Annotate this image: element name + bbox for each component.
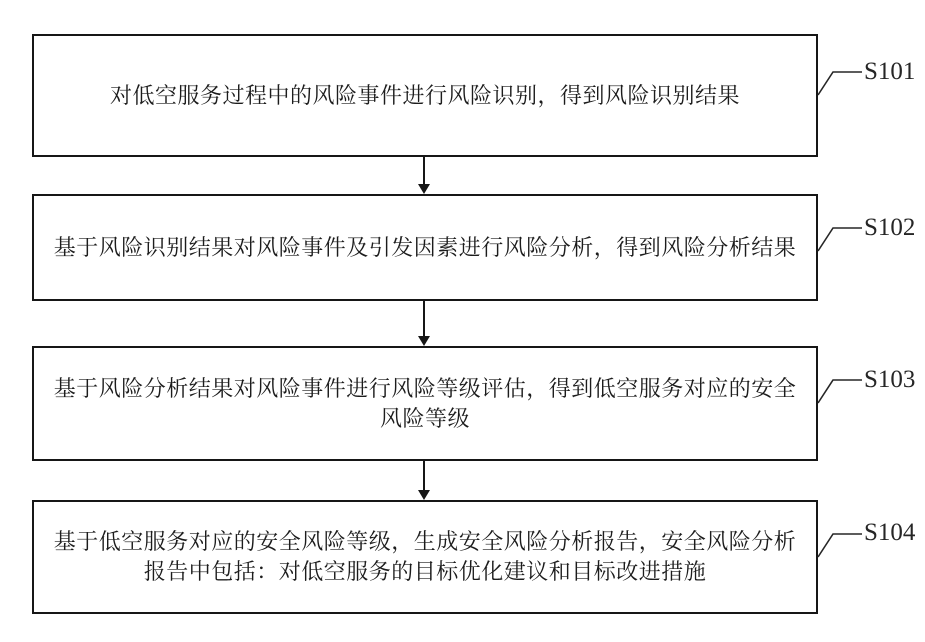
label-leader-line-1 bbox=[817, 56, 863, 96]
down-arrow-head bbox=[418, 490, 430, 500]
flow-step-text-4: 基于低空服务对应的安全风险等级，生成安全风险分析报告，安全风险分析报告中包括：对… bbox=[34, 527, 816, 587]
down-arrow-shaft bbox=[423, 461, 425, 490]
step-label-s102: S102 bbox=[864, 214, 924, 242]
step-label-s104: S104 bbox=[864, 519, 924, 547]
down-arrow-2 bbox=[417, 301, 430, 346]
flow-step-box-3: 基于风险分析结果对风险事件进行风险等级评估，得到低空服务对应的安全风险等级 bbox=[32, 346, 818, 461]
flowchart-figure: 对低空服务过程中的风险事件进行风险识别，得到风险识别结果 S101 基于风险识别… bbox=[0, 0, 925, 642]
label-leader-line-3 bbox=[817, 364, 863, 404]
flow-step-box-2: 基于风险识别结果对风险事件及引发因素进行风险分析，得到风险分析结果 bbox=[32, 194, 818, 301]
flow-step-box-1: 对低空服务过程中的风险事件进行风险识别，得到风险识别结果 bbox=[32, 34, 818, 157]
down-arrow-shaft bbox=[423, 301, 425, 336]
flow-step-text-2: 基于风险识别结果对风险事件及引发因素进行风险分析，得到风险分析结果 bbox=[34, 233, 816, 263]
down-arrow-1 bbox=[417, 157, 430, 194]
step-label-s103: S103 bbox=[864, 366, 924, 394]
down-arrow-shaft bbox=[423, 157, 425, 184]
step-label-s101: S101 bbox=[864, 58, 924, 86]
label-leader-line-2 bbox=[817, 212, 863, 252]
flow-step-text-1: 对低空服务过程中的风险事件进行风险识别，得到风险识别结果 bbox=[34, 81, 816, 111]
flow-step-text-3: 基于风险分析结果对风险事件进行风险等级评估，得到低空服务对应的安全风险等级 bbox=[34, 374, 816, 434]
flow-step-box-4: 基于低空服务对应的安全风险等级，生成安全风险分析报告，安全风险分析报告中包括：对… bbox=[32, 500, 818, 614]
label-leader-line-4 bbox=[817, 518, 863, 558]
down-arrow-head bbox=[418, 336, 430, 346]
down-arrow-3 bbox=[417, 461, 430, 500]
down-arrow-head bbox=[418, 184, 430, 194]
